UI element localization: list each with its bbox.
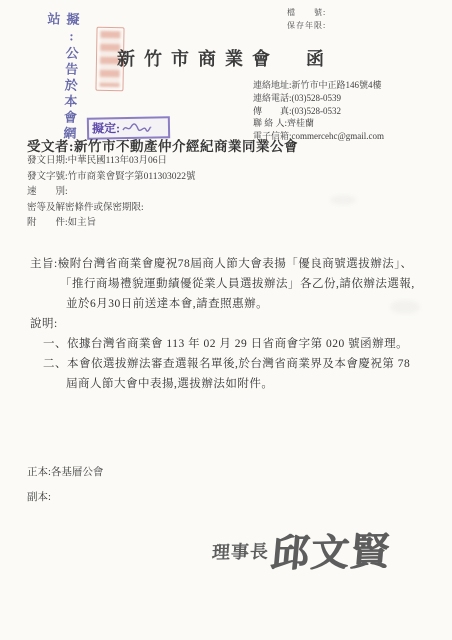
contact-row-address: 連絡地址:新竹市中正路146號4樓 — [253, 79, 384, 92]
meta-row-priority: 速 別: — [27, 185, 196, 201]
scan-smudge — [330, 195, 356, 205]
file-number-label: 檔 號: — [287, 6, 326, 19]
scan-smudge — [390, 300, 420, 314]
signature-name: 邱文賢 — [269, 520, 394, 577]
explanation-item-1: 一、依據台灣省商業會 113 年 02 月 29 日省商會字第 020 號函辦理… — [43, 334, 434, 354]
handwriting-scribble-icon — [122, 122, 152, 135]
chairman-signature: 理事長 邱文賢 — [212, 520, 392, 578]
recipient-label: 受文者: — [27, 139, 74, 154]
meta-row-security: 密等及解密條件或保密期限: — [27, 201, 196, 217]
retention-period-label: 保存年限: — [287, 19, 326, 32]
meta-block: 發文日期:中華民國113年03月06日 發文字號:竹市商業會賢字第0113030… — [27, 154, 196, 232]
meta-row-date: 發文日期:中華民國113年03月06日 — [27, 154, 196, 170]
meta-row-attachment: 附 件:如主旨 — [27, 216, 196, 232]
subject-label: 主旨: — [30, 258, 58, 270]
file-number-block: 檔 號: 保存年限: — [287, 6, 326, 32]
explanation-items: 一、依據台灣省商業會 113 年 02 月 29 日省商會字第 020 號函辦理… — [30, 334, 434, 394]
explanation-label: 說明: — [30, 314, 434, 334]
meta-row-refno: 發文字號:竹市商業會賢字第011303022號 — [27, 170, 196, 186]
letter-title: 新竹市商業會 函 — [70, 45, 380, 71]
contact-row-fax: 傳 真:(03)528-0532 — [253, 105, 384, 118]
explanation-item-2-line-1: 二、本會依選拔辦法審查選報名單後,於台灣省商業界及本會慶祝第 78 — [43, 354, 434, 374]
original-copy-line: 正本:各基層公會 — [27, 464, 103, 479]
contact-row-phone: 連絡電話:(03)528-0539 — [253, 92, 384, 105]
subject-line-2: 「推行商場禮貌運動績優從業人員選拔辦法」各乙份,請依辦法選報, — [30, 274, 434, 294]
explanation-item-2-line-2: 屆商人節大會中表揚,選拔辦法如附件。 — [43, 374, 434, 394]
subject-line-1: 主旨:檢附台灣省商業會慶祝78屆商人節大會表揚「優良商號選拔辦法」、 — [30, 254, 434, 274]
contact-row-person: 聯 絡 人:齊桂蘭 — [253, 117, 384, 130]
scanned-official-letter: 檔 號: 保存年限: 擬:公告於本會網站 新竹市商業會 函 連絡地址:新竹市中正… — [0, 0, 452, 640]
contact-block: 連絡地址:新竹市中正路146號4樓 連絡電話:(03)528-0539 傳 真:… — [253, 79, 384, 143]
subject-line-3: 並於6月30日前送達本會,請查照惠辦。 — [30, 294, 434, 314]
margin-note-vertical: 擬:公告於本會網站 — [40, 12, 81, 143]
recipient-value: 新竹市不動產仲介經紀商業同業公會 — [74, 139, 298, 154]
duplicate-copy-line: 副本: — [27, 489, 51, 504]
signature-title: 理事長 — [211, 537, 269, 564]
subject-paragraph: 主旨:檢附台灣省商業會慶祝78屆商人節大會表揚「優良商號選拔辦法」、 「推行商場… — [30, 254, 434, 314]
recipient-line: 受文者:新竹市不動產仲介經紀商業同業公會 — [27, 135, 298, 155]
letter-body: 主旨:檢附台灣省商業會慶祝78屆商人節大會表揚「優良商號選拔辦法」、 「推行商場… — [30, 254, 434, 394]
